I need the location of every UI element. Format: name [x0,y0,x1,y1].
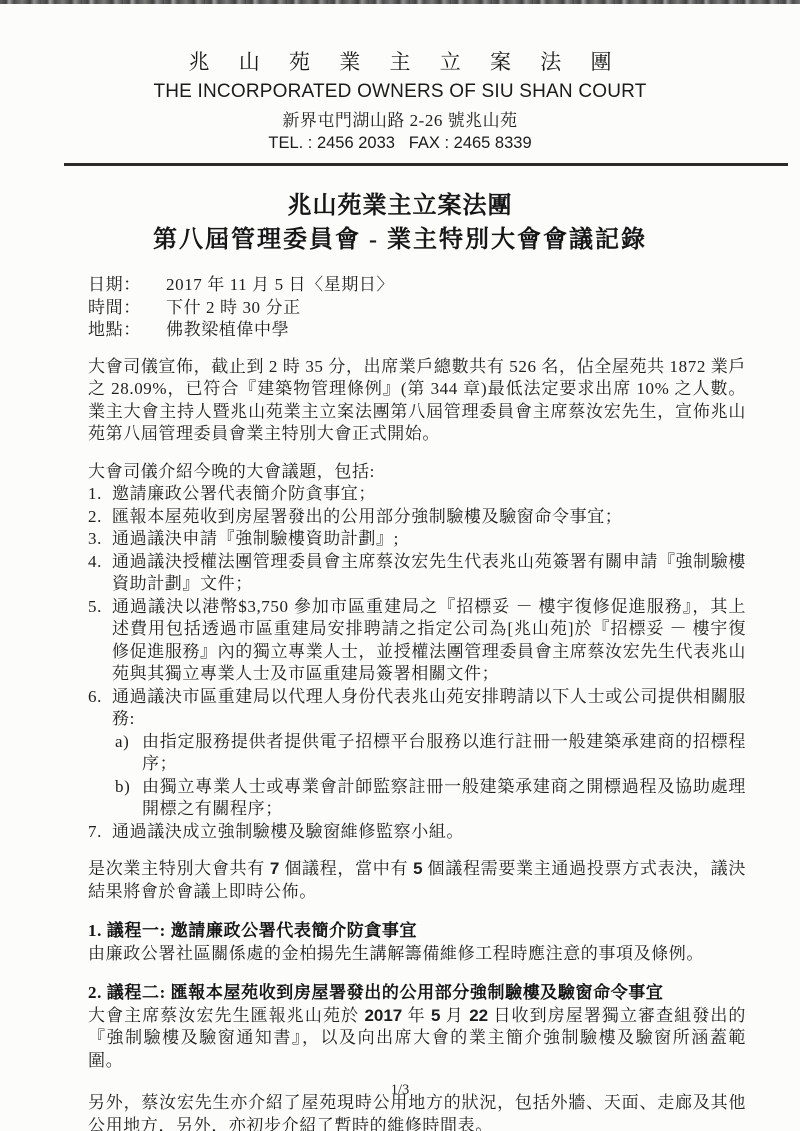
section-heading: 2. 議程二: 匯報本屋苑收到房屋署發出的公用部分強制驗樓及驗窗命令事宜 [88,982,746,1005]
agenda-item-text: 通過議決成立強制驗樓及驗窗維修監察小組。 [112,821,746,844]
page-number: 1/3 [0,1082,800,1099]
agenda-subitem-number: b) [115,776,142,821]
section-heading: 1. 議程一: 邀請廉政公署代表簡介防貪事宜 [88,920,746,943]
voting-summary-paragraph: 是次業主特別大會共有 7 個議程，當中有 5 個議程需要業主通過投票方式表決，議… [88,858,746,903]
agenda-intro: 大會司儀介紹今晚的大會議題，包括: [88,461,746,484]
agenda-item-text: 通過議決申請『強制驗樓資助計劃』; [112,528,746,551]
meeting-meta: 日期： 2017 年 11 月 5 日〈星期日〉 時間： 下什 2 時 30 分… [88,274,746,342]
meta-label: 地點： [88,319,166,342]
meta-value: 下什 2 時 30 分正 [166,297,301,320]
agenda-list: 大會司儀介紹今晚的大會議題，包括: 1. 邀請廉政公署代表簡介防貪事宜； 2. … [88,461,746,844]
meta-row-time: 時間： 下什 2 時 30 分正 [88,297,746,320]
agenda-item-number: 3. [88,528,112,551]
doc-title: 兆山苑業主立案法團 第八屆管理委員會 - 業主特別大會會議記錄 [0,191,800,255]
agenda-item-number: 1. [88,483,112,506]
meta-row-date: 日期： 2017 年 11 月 5 日〈星期日〉 [88,274,746,297]
agenda-item-text: 匯報本屋苑收到房屋署發出的公用部分強制驗樓及驗窗命令事宜； [112,506,746,529]
document-body: 日期： 2017 年 11 月 5 日〈星期日〉 時間： 下什 2 時 30 分… [88,274,746,1131]
meta-label: 時間： [88,297,166,320]
address-line: 新界屯門湖山路 2-26 號兆山苑 [0,106,800,131]
doc-title-line1: 兆山苑業主立案法團 [0,191,800,221]
agenda-item-number: 5. [88,596,112,686]
letterhead: 兆 山 苑 業 主 立 案 法 團 THE INCORPORATED OWNER… [0,0,800,153]
agenda-item-number: 2. [88,506,112,529]
agenda-item: 3. 通過議決申請『強制驗樓資助計劃』; [88,528,746,551]
agenda-item: 7. 通過議決成立強制驗樓及驗窗維修監察小組。 [88,821,746,844]
agenda-item: 5. 通過議決以港幣$3,750 參加市區重建局之『招標妥 － 樓宇復修促進服務… [88,596,746,686]
agenda-subitem-text: 由指定服務提供者提供電子招標平台服務以進行註冊一般建築承建商的招標程序； [142,731,746,776]
agenda-item: 4. 通過議決授權法團管理委員會主席蔡汝宏先生代表兆山苑簽署有關申請『強制驗樓資… [88,551,746,596]
agenda-item-number: 4. [88,551,112,596]
org-name-zh: 兆 山 苑 業 主 立 案 法 團 [0,46,800,76]
section-paragraph: 大會主席蔡汝宏先生匯報兆山苑於 2017 年 5 月 22 日收到房屋署獨立審查… [88,1005,746,1073]
tel-fax-line: TEL. : 2456 2033 FAX : 2465 8339 [0,134,800,153]
opening-paragraph: 大會司儀宣佈，截止到 2 時 35 分，出席業戶總數共有 526 名，佔全屋苑共… [88,356,746,446]
section-agenda-2: 2. 議程二: 匯報本屋苑收到房屋署發出的公用部分強制驗樓及驗窗命令事宜 大會主… [88,982,746,1131]
meta-label: 日期： [88,274,166,297]
agenda-item-number: 7. [88,821,112,844]
agenda-item: 2. 匯報本屋苑收到房屋署發出的公用部分強制驗樓及驗窗命令事宜； [88,506,746,529]
agenda-item-text: 通過議決市區重建局以代理人身份代表兆山苑安排聘請以下人士或公司提供相關服務: [112,686,746,731]
meta-value: 2017 年 11 月 5 日〈星期日〉 [166,274,394,297]
agenda-item-text: 通過議決以港幣$3,750 參加市區重建局之『招標妥 － 樓宇復修促進服務』，其… [112,596,746,686]
agenda-item-number: 6. [88,686,112,731]
agenda-item: 6. 通過議決市區重建局以代理人身份代表兆山苑安排聘請以下人士或公司提供相關服務… [88,686,746,731]
document-page: 兆 山 苑 業 主 立 案 法 團 THE INCORPORATED OWNER… [0,0,800,1131]
divider-rule [64,163,788,166]
agenda-subitem-number: a) [115,731,142,776]
scan-artifact-top-edge [0,0,800,4]
section-agenda-1: 1. 議程一: 邀請廉政公署代表簡介防貪事宜 由廉政公署社區關係處的金柏揚先生講… [88,920,746,965]
agenda-subitem-text: 由獨立專業人士或專業會計師監察註冊一般建築承建商之開標過程及協助處理開標之有關程… [142,776,746,821]
org-name-en: THE INCORPORATED OWNERS OF SIU SHAN COUR… [0,81,800,103]
section-paragraph: 由廉政公署社區關係處的金柏揚先生講解籌備維修工程時應注意的事項及條例。 [88,943,746,966]
doc-title-line2: 第八屆管理委員會 - 業主特別大會會議記錄 [0,225,800,255]
meta-row-venue: 地點： 佛教梁植偉中學 [88,319,746,342]
agenda-subitem: b) 由獨立專業人士或專業會計師監察註冊一般建築承建商之開標過程及協助處理開標之… [115,776,746,821]
agenda-item: 1. 邀請廉政公署代表簡介防貪事宜； [88,483,746,506]
agenda-item-text: 通過議決授權法團管理委員會主席蔡汝宏先生代表兆山苑簽署有關申請『強制驗樓資助計劃… [112,551,746,596]
meta-value: 佛教梁植偉中學 [166,319,289,342]
agenda-item-text: 邀請廉政公署代表簡介防貪事宜； [112,483,746,506]
agenda-subitem: a) 由指定服務提供者提供電子招標平台服務以進行註冊一般建築承建商的招標程序； [115,731,746,776]
